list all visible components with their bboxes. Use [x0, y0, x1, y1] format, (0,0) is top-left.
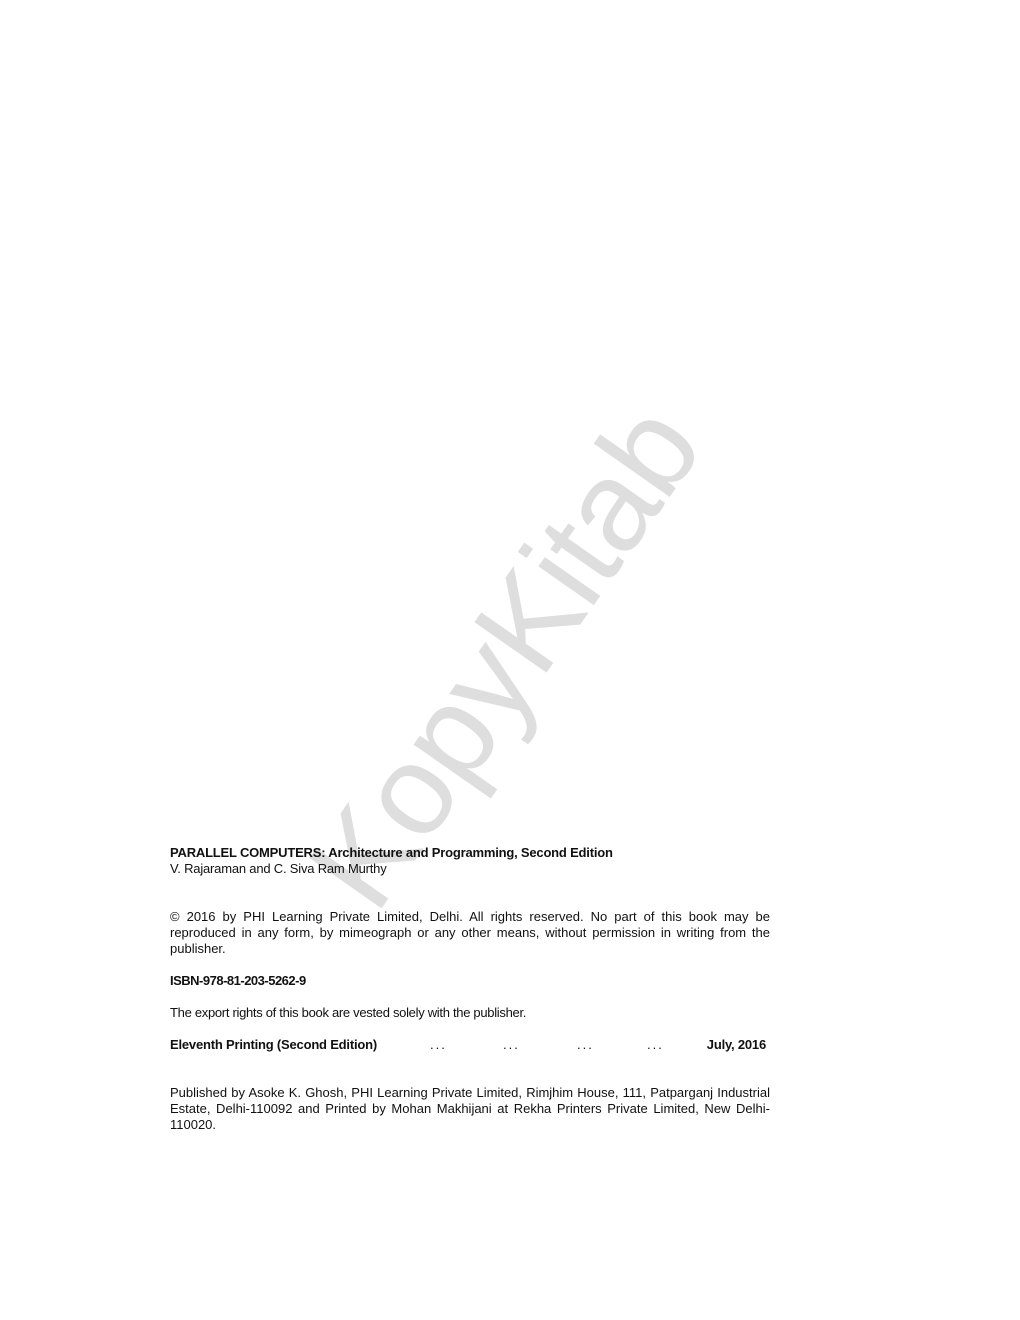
printing-line: Eleventh Printing (Second Edition) ... .…: [170, 1037, 770, 1053]
dot-separator: ...: [647, 1037, 664, 1053]
printing-date: July, 2016: [707, 1037, 766, 1053]
copyright-notice: © 2016 by PHI Learning Private Limited, …: [170, 909, 770, 957]
book-authors: V. Rajaraman and C. Siva Ram Murthy: [170, 861, 770, 877]
printing-edition: Eleventh Printing (Second Edition): [170, 1037, 377, 1053]
export-notice: The export rights of this book are veste…: [170, 1005, 526, 1021]
dot-separator: ...: [430, 1037, 447, 1053]
book-title: PARALLEL COMPUTERS: Architecture and Pro…: [170, 845, 770, 861]
imprint-page: PARALLEL COMPUTERS: Architecture and Pro…: [170, 845, 770, 877]
dot-separator: ...: [577, 1037, 594, 1053]
dot-separator: ...: [503, 1037, 520, 1053]
publisher-info: Published by Asoke K. Ghosh, PHI Learnin…: [170, 1085, 770, 1133]
isbn: ISBN-978-81-203-5262-9: [170, 973, 306, 989]
